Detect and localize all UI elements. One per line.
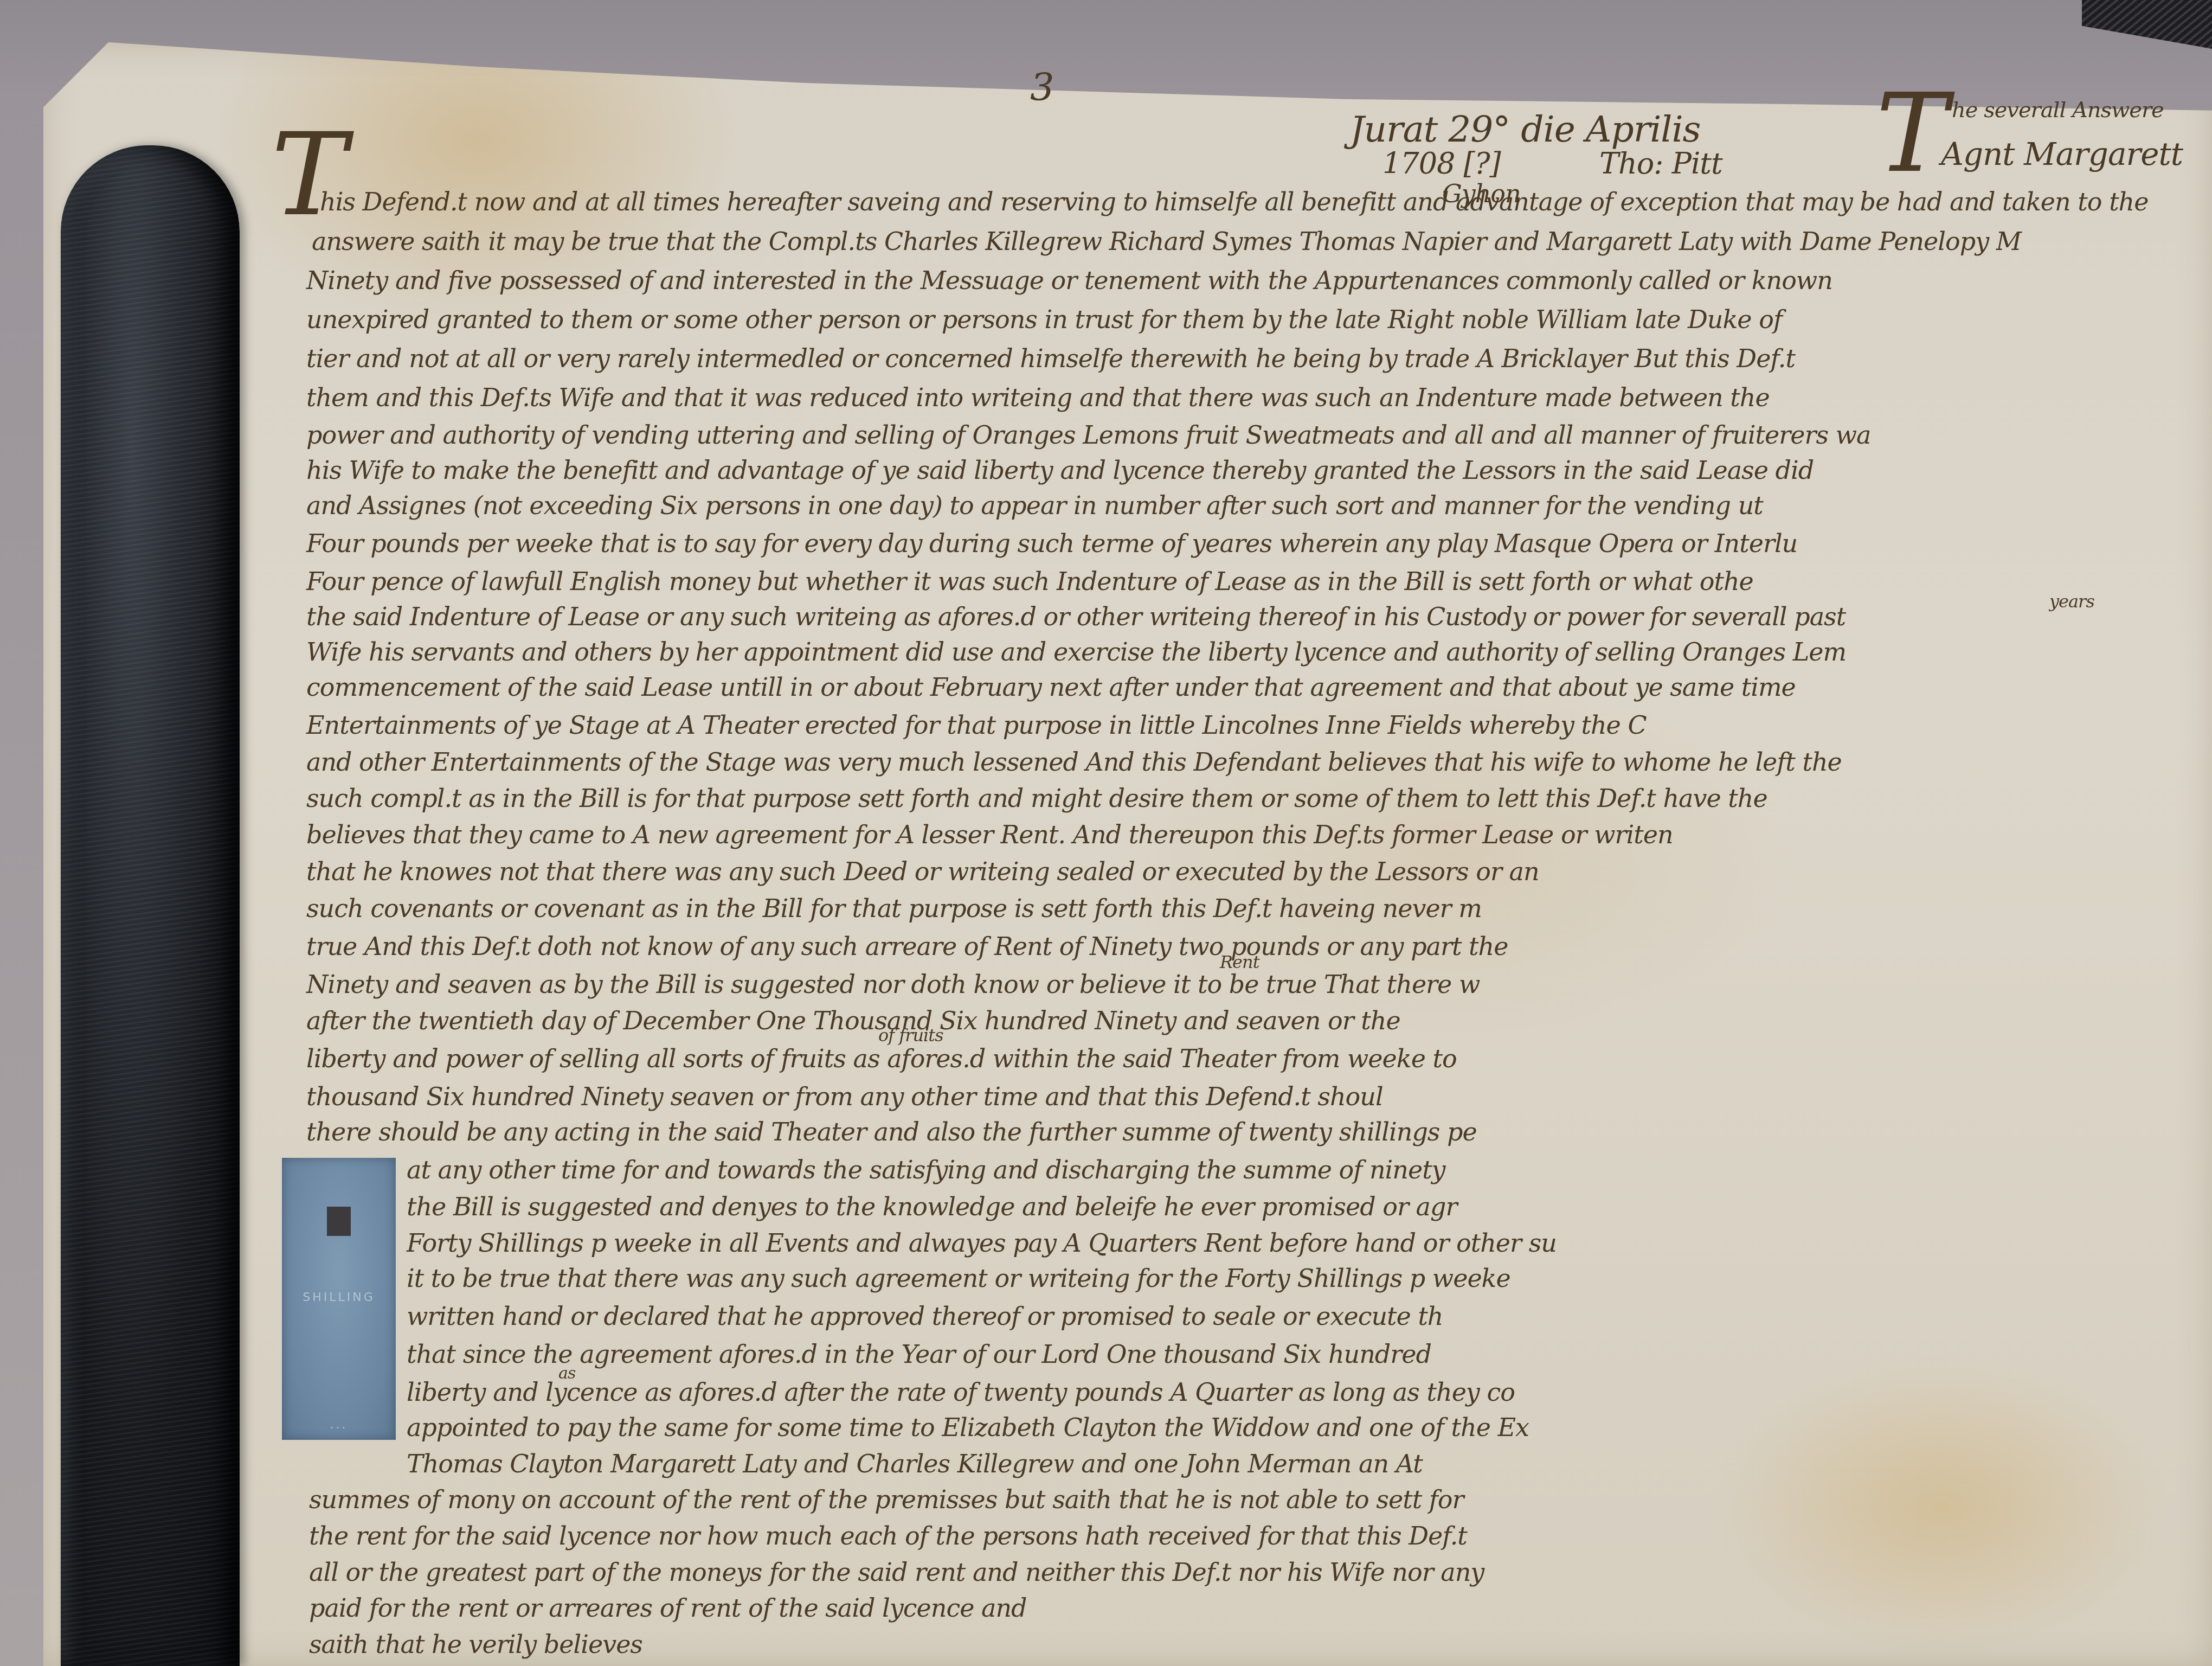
jurat-line-2: 1708 [?] — [1382, 146, 1501, 181]
body-line: and Assignes (not exceeding Six persons … — [306, 491, 1763, 520]
body-line: summes of mony on account of the rent of… — [309, 1485, 1463, 1514]
body-line: Ninety and seaven as by the Bill is sugg… — [306, 970, 1480, 999]
revenue-stamp: SHILLING ... — [282, 1158, 396, 1440]
opening-initial: T — [271, 108, 347, 241]
heading-initial: T — [1876, 71, 1948, 197]
interlinear-note: of fruits — [878, 1025, 943, 1046]
body-line: believes that they came to A new agreeme… — [306, 820, 1673, 849]
body-line: his Wife to make the benefitt and advant… — [306, 456, 1814, 485]
body-line: at any other time for and towards the sa… — [407, 1155, 1445, 1184]
body-line: power and authority of vending uttering … — [306, 420, 1870, 450]
body-line: appointed to pay the same for some time … — [407, 1413, 1529, 1442]
body-line: written hand or declared that he approve… — [407, 1302, 1443, 1331]
page-number-mark: 3 — [1030, 65, 1054, 110]
body-line: commencement of the said Lease untill in… — [306, 672, 1796, 702]
body-line: unexpired granted to them or some other … — [306, 305, 1782, 334]
body-line: saith that he verily believes — [309, 1630, 642, 1659]
body-line: tier and not at all or very rarely inter… — [306, 344, 1795, 373]
body-line: Four pounds per weeke that is to say for… — [306, 529, 1797, 558]
body-line: after the twentieth day of December One … — [306, 1006, 1400, 1035]
body-line: the Bill is suggested and denyes to the … — [407, 1192, 1457, 1221]
rolled-leather-edge — [61, 145, 240, 1666]
heading-line-2: Agnt Margarett — [1941, 136, 2183, 172]
body-line: Thomas Clayton Margarett Laty and Charle… — [407, 1449, 1423, 1478]
body-line: the said Indenture of Lease or any such … — [306, 602, 1846, 631]
body-line: the rent for the said lycence nor how mu… — [309, 1521, 1467, 1550]
crown-icon — [327, 1207, 351, 1236]
interlinear-note: years — [2049, 591, 2094, 612]
body-line: liberty and power of selling all sorts o… — [306, 1044, 1457, 1073]
heading-line-1: he severall Answere — [1952, 98, 2164, 123]
body-line: Four pence of lawfull English money but … — [306, 567, 1753, 596]
body-line: all or the greatest part of the moneys f… — [309, 1558, 1484, 1587]
body-line: and other Entertainments of the Stage wa… — [306, 747, 1842, 777]
body-line: thousand Six hundred Ninety seaven or fr… — [306, 1082, 1383, 1111]
stamp-text-top: SHILLING — [282, 1291, 396, 1304]
body-line: paid for the rent or arreares of rent of… — [309, 1593, 1027, 1623]
body-line: there should be any acting in the said T… — [306, 1117, 1477, 1146]
body-line: answere saith it may be true that the Co… — [312, 227, 2021, 256]
body-line: that he knowes not that there was any su… — [306, 857, 1539, 886]
body-line: Entertainments of ye Stage at A Theater … — [306, 710, 1647, 740]
body-line: Wife his servants and others by her appo… — [306, 637, 1846, 667]
interlinear-note: Rent — [1220, 952, 1259, 972]
body-line: Ninety and five possessed of and interes… — [306, 266, 1832, 295]
jurat-line-1: Jurat 29° die Aprilis — [1350, 108, 1700, 150]
body-line: them and this Def.ts Wife and that it wa… — [306, 383, 1770, 412]
body-line: Forty Shillings p weeke in all Events an… — [407, 1228, 1557, 1258]
body-line: true And this Def.t doth not know of any… — [306, 932, 1508, 961]
body-line: it to be true that there was any such ag… — [407, 1264, 1510, 1293]
body-line: his Defend.t now and at all times hereaf… — [320, 187, 2148, 216]
jurat-signature: Tho: Pitt — [1599, 146, 1722, 181]
body-line: such compl.t as in the Bill is for that … — [306, 784, 1767, 813]
stamp-text-bottom: ... — [282, 1418, 396, 1432]
interlinear-note: as — [558, 1364, 575, 1383]
background-fabric — [2082, 0, 2212, 49]
body-line: such covenants or covenant as in the Bil… — [306, 894, 1482, 923]
